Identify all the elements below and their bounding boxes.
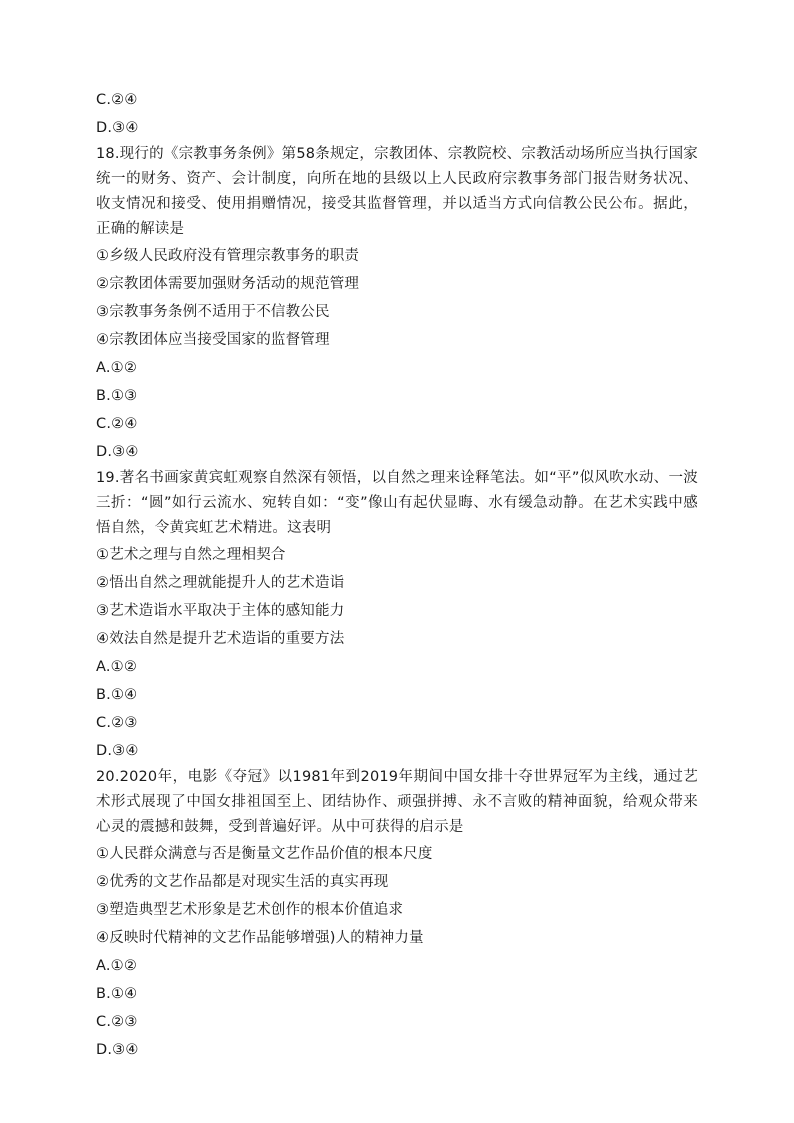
- question-20-statement-3: ③塑造典型艺术形象是艺术创作的根本价值追求: [96, 896, 698, 924]
- question-19: 19.著名书画家黄宾虹观察自然深有领悟，以自然之理来诠释笔法。如“平”似风吹水动…: [96, 466, 698, 765]
- question-19-stem: 19.著名书画家黄宾虹观察自然深有领悟，以自然之理来诠释笔法。如“平”似风吹水动…: [96, 466, 698, 541]
- question-18-statement-2: ②宗教团体需要加强财务活动的规范管理: [96, 270, 698, 298]
- question-20-choice-c: C.②③: [96, 1008, 698, 1036]
- question-19-statement-1: ①艺术之理与自然之理相契合: [96, 541, 698, 569]
- question-20-statement-1: ①人民群众满意与否是衡量文艺作品价值的根本尺度: [96, 840, 698, 868]
- question-18-stem: 18.现行的《宗教事务条例》第58条规定，宗教团体、宗教院校、宗教活动场所应当执…: [96, 142, 698, 242]
- question-19-statement-3: ③艺术造诣水平取决于主体的感知能力: [96, 597, 698, 625]
- choice-option-prev-d: D.③④: [96, 114, 698, 142]
- question-20-choice-d: D.③④: [96, 1036, 698, 1064]
- question-18-choice-a: A.①②: [96, 354, 698, 382]
- question-20-stem: 20.2020年，电影《夺冠》以1981年到2019年期间中国女排十夺世界冠军为…: [96, 765, 698, 840]
- question-18-choice-b: B.①③: [96, 382, 698, 410]
- question-18-choice-d: D.③④: [96, 438, 698, 466]
- question-18-statement-3: ③宗教事务条例不适用于不信教公民: [96, 298, 698, 326]
- question-19-choice-a: A.①②: [96, 653, 698, 681]
- question-19-choice-c: C.②③: [96, 709, 698, 737]
- question-19-statement-2: ②悟出自然之理就能提升人的艺术造诣: [96, 569, 698, 597]
- choice-option-prev-c: C.②④: [96, 86, 698, 114]
- question-18: 18.现行的《宗教事务条例》第58条规定，宗教团体、宗教院校、宗教活动场所应当执…: [96, 142, 698, 466]
- question-20: 20.2020年，电影《夺冠》以1981年到2019年期间中国女排十夺世界冠军为…: [96, 765, 698, 1064]
- question-20-choice-a: A.①②: [96, 952, 698, 980]
- question-18-statement-1: ①乡级人民政府没有管理宗教事务的职责: [96, 242, 698, 270]
- question-19-choice-d: D.③④: [96, 737, 698, 765]
- exam-document-page: C.②④ D.③④ 18.现行的《宗教事务条例》第58条规定，宗教团体、宗教院校…: [0, 0, 794, 1123]
- question-20-statement-2: ②优秀的文艺作品都是对现实生活的真实再现: [96, 868, 698, 896]
- question-18-choice-c: C.②④: [96, 410, 698, 438]
- question-19-statement-4: ④效法自然是提升艺术造诣的重要方法: [96, 625, 698, 653]
- question-18-statement-4: ④宗教团体应当接受国家的监督管理: [96, 326, 698, 354]
- question-20-statement-4: ④反映时代精神的文艺作品能够增强)人的精神力量: [96, 924, 698, 952]
- exam-content: C.②④ D.③④ 18.现行的《宗教事务条例》第58条规定，宗教团体、宗教院校…: [96, 86, 698, 1064]
- question-20-choice-b: B.①④: [96, 980, 698, 1008]
- question-19-choice-b: B.①④: [96, 681, 698, 709]
